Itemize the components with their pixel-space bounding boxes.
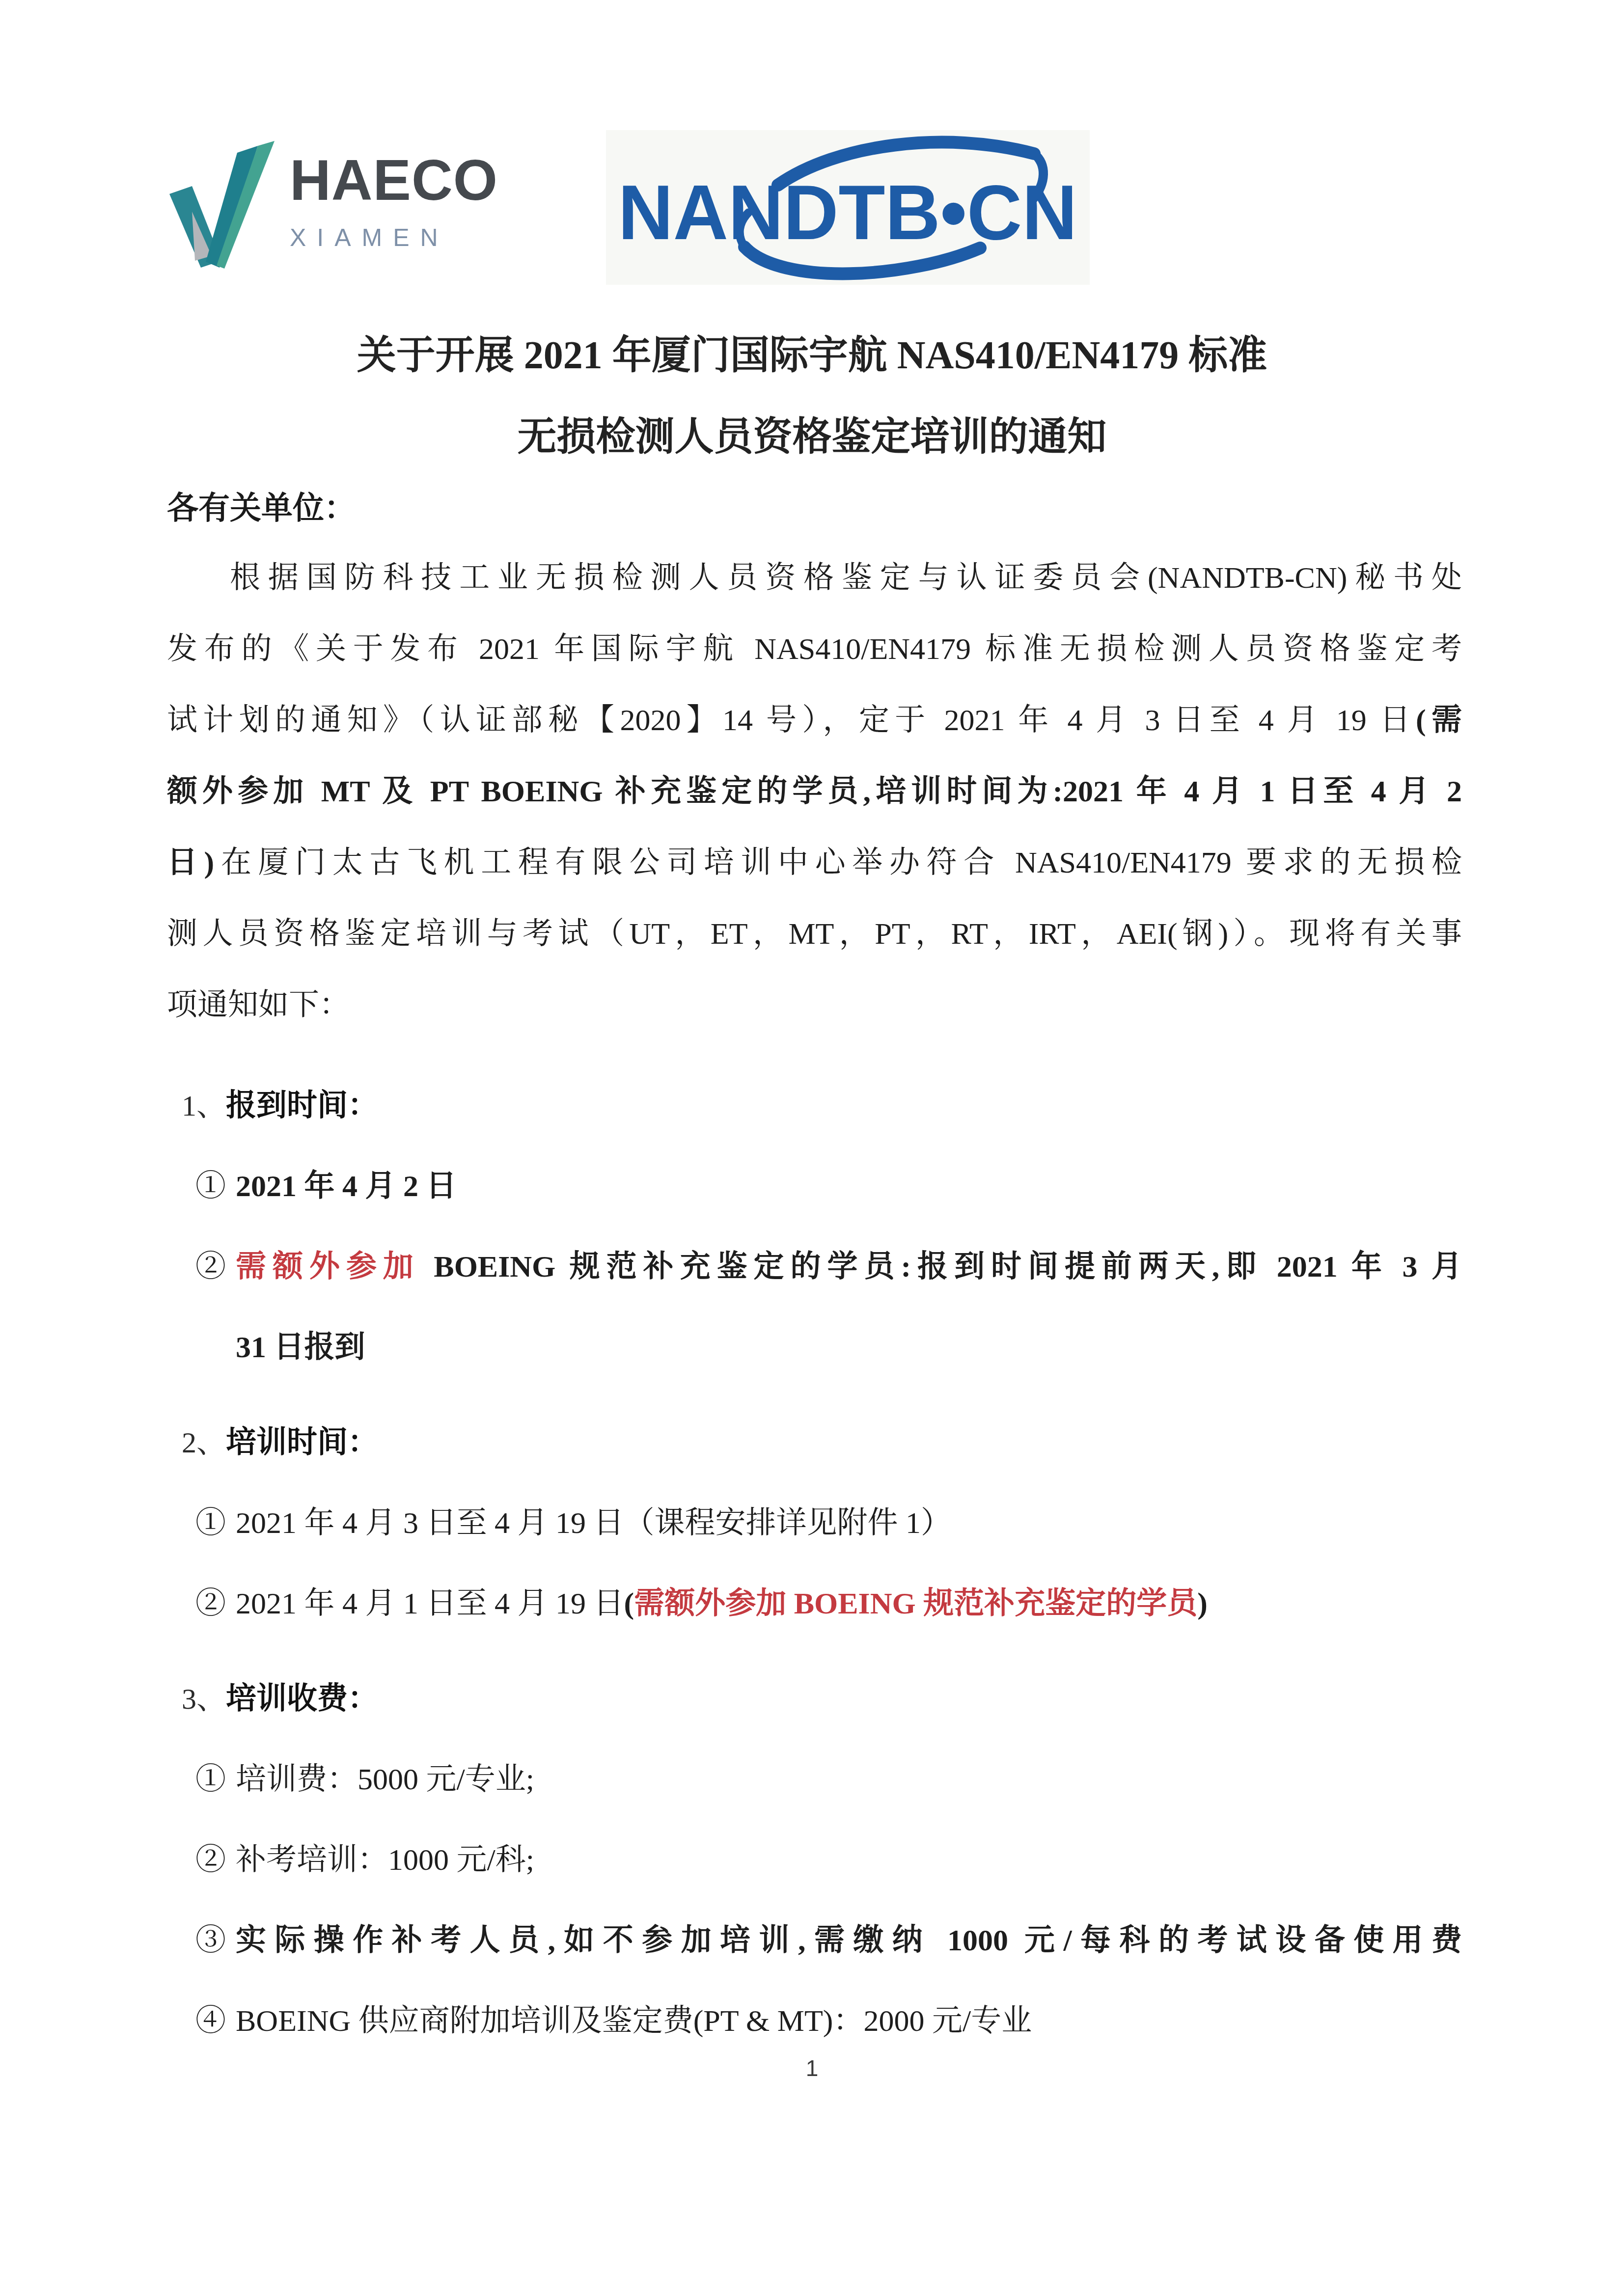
section-2-header: 2、培训时间： xyxy=(182,1402,1462,1483)
list-item: ② 2021 年 4 月 1 日至 4 月 19 日(需额外参加 BOEING … xyxy=(195,1563,1462,1644)
intro-line-5: 日)在厦门太古飞机工程有限公司培训中心举办符合 NAS410/EN4179 要求… xyxy=(167,827,1462,899)
list-item: ④ BOEING 供应商附加培训及鉴定费(PT & MT)：2000 元/专业 xyxy=(195,1981,1462,2061)
nandtb-logo-icon: NANDTB•CN xyxy=(606,130,1090,285)
document-title: 关于开展 2021 年厦门国际宇航 NAS410/EN4179 标准 无损检测人… xyxy=(0,314,1624,478)
haeco-checkmark-icon xyxy=(165,139,275,276)
section-3-header: 3、培训收费： xyxy=(182,1659,1462,1739)
item-marker: ② xyxy=(195,1563,236,1644)
intro-paragraph: 根据国防科技工业无损检测人员资格鉴定与认证委员会(NANDTB-CN)秘书处 发… xyxy=(167,543,1462,1041)
title-xiamen-emphasis: 厦门 xyxy=(652,333,730,377)
item-marker: ② xyxy=(195,1227,236,1307)
section-1-title: 报到时间： xyxy=(226,1089,378,1122)
intro-line-4: 额外参加 MT 及 PT BOEING 补充鉴定的学员,培训时间为:2021 年… xyxy=(167,756,1462,827)
page-number: 1 xyxy=(0,2055,1624,2081)
document-header: HAECO XIAMEN NANDTB•CN xyxy=(0,0,1624,285)
item-marker: ① xyxy=(195,1739,236,1820)
item-text: 2021 年 4 月 1 日至 4 月 19 日(需额外参加 BOEING 规范… xyxy=(236,1563,1462,1644)
haeco-sub-wordmark: XIAMEN xyxy=(290,223,498,252)
nandtb-logo: NANDTB•CN xyxy=(606,130,1090,285)
list-item: ① 2021 年 4 月 2 日 xyxy=(195,1146,1462,1227)
item-marker: ③ xyxy=(195,1900,236,1981)
item-marker: ④ xyxy=(195,1981,236,2061)
section-3-number: 3、 xyxy=(182,1683,226,1715)
item-marker: ① xyxy=(195,1146,236,1227)
intro-line-7: 项通知如下： xyxy=(167,970,1462,1041)
list-item: ① 培训费：5000 元/专业; xyxy=(195,1739,1462,1820)
notice-sections: 1、报到时间： ① 2021 年 4 月 2 日 ② 需额外参加 BOEING … xyxy=(182,1066,1462,2061)
list-item-continuation: 31 日报到 xyxy=(236,1307,1462,1388)
list-item: ② 需额外参加 BOEING 规范补充鉴定的学员:报到时间提前两天,即 2021… xyxy=(195,1227,1462,1307)
item-marker: ① xyxy=(195,1483,236,1563)
intro-line-1: 根据国防科技工业无损检测人员资格鉴定与认证委员会(NANDTB-CN)秘书处 xyxy=(167,543,1462,614)
haeco-logo: HAECO XIAMEN xyxy=(165,139,498,276)
item-text-red-highlight: 需额外参加 xyxy=(236,1250,434,1284)
document-title-line1: 关于开展 2021 年厦门国际宇航 NAS410/EN4179 标准 xyxy=(0,314,1624,396)
section-1-header: 1、报到时间： xyxy=(182,1066,1462,1146)
item-text: 实际操作补考人员,如不参加培训,需缴纳 1000 元/每科的考试设备使用费 xyxy=(236,1900,1462,1981)
item-marker: ② xyxy=(195,1820,236,1900)
section-3-title: 培训收费： xyxy=(226,1682,378,1716)
item-text: 2021 年 4 月 2 日 xyxy=(236,1146,1462,1227)
document-title-line2: 无损检测人员资格鉴定培训的通知 xyxy=(0,396,1624,478)
item-text: 2021 年 4 月 3 日至 4 月 19 日（课程安排详见附件 1） xyxy=(236,1483,1462,1563)
intro-line-2: 发布的《关于发布 2021 年国际宇航 NAS410/EN4179 标准无损检测… xyxy=(167,614,1462,685)
section-2-number: 2、 xyxy=(182,1426,226,1459)
item-text: 31 日报到 xyxy=(236,1307,1462,1388)
haeco-wordmark-block: HAECO XIAMEN xyxy=(290,139,498,276)
nandtb-wordmark: NANDTB•CN xyxy=(618,169,1077,256)
section-1-number: 1、 xyxy=(182,1090,226,1122)
list-item: ③ 实际操作补考人员,如不参加培训,需缴纳 1000 元/每科的考试设备使用费 xyxy=(195,1900,1462,1981)
item-text: 补考培训：1000 元/科; xyxy=(236,1820,1462,1900)
intro-line-6: 测人员资格鉴定培训与考试（UT，ET，MT，PT，RT，IRT，AEI(钢)）。… xyxy=(167,899,1462,970)
document-page: HAECO XIAMEN NANDTB•CN 关于开展 2021 年厦门国际宇航… xyxy=(0,0,1624,2296)
list-item: ② 补考培训：1000 元/科; xyxy=(195,1820,1462,1900)
item-text-red-highlight: 需额外参加 BOEING 规范补充鉴定的学员 xyxy=(634,1587,1197,1620)
item-text: BOEING 供应商附加培训及鉴定费(PT & MT)：2000 元/专业 xyxy=(236,1981,1462,2061)
item-text: 培训费：5000 元/专业; xyxy=(236,1739,1462,1820)
list-item: ① 2021 年 4 月 3 日至 4 月 19 日（课程安排详见附件 1） xyxy=(195,1483,1462,1563)
haeco-wordmark: HAECO xyxy=(290,152,498,209)
item-text: 需额外参加 BOEING 规范补充鉴定的学员:报到时间提前两天,即 2021 年… xyxy=(236,1227,1462,1307)
intro-line-3: 试计划的通知》（认证部秘【2020】14 号），定于 2021 年 4 月 3 … xyxy=(167,685,1462,756)
salutation: 各有关单位： xyxy=(167,485,1624,531)
section-2-title: 培训时间： xyxy=(226,1425,378,1459)
